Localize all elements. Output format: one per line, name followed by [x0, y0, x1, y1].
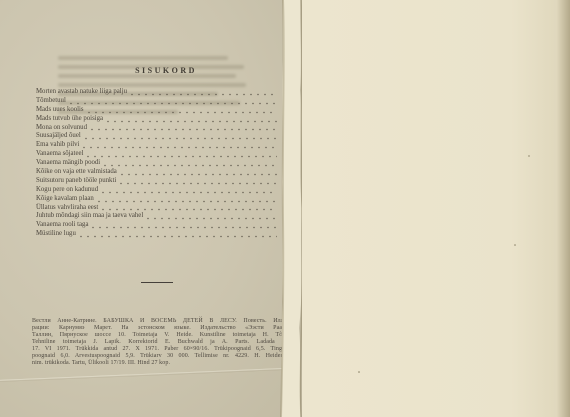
section-divider: [141, 282, 173, 283]
toc-entry: Üllatus vahvliraha eest 77: [36, 204, 296, 213]
toc-entry: Tõmbetuul 10: [36, 97, 296, 106]
toc-entry: Kõige kavalam plaan 72: [36, 195, 296, 204]
ghost-line: [58, 56, 228, 60]
left-book-page: SISUKORD Morten avastab natuke liiga pal…: [0, 0, 298, 417]
toc-entry-title: Mona on solvunud: [36, 124, 87, 131]
toc-entry-title: Mads tutvub ühe poisiga: [36, 115, 103, 122]
dot-leader-icon: [131, 93, 277, 96]
table-of-contents: Morten avastab natuke liiga palju 5 Tõmb…: [36, 88, 296, 239]
colophon-line: 17. VI 1971. Trükkida antud 27. X 1971. …: [32, 346, 296, 353]
toc-entry-title: Kogu pere on kadunud: [36, 186, 98, 193]
dot-leader-icon: [91, 128, 277, 131]
toc-entry-title: Morten avastab natuke liiga palju: [36, 88, 127, 95]
toc-entry: Ema vahib pilvi 35: [36, 141, 296, 150]
toc-entry-title: Vanaema mängib poodi: [36, 159, 100, 166]
dot-leader-icon: [121, 173, 277, 176]
toc-entry-title: Kõike on vaja ette valmistada: [36, 168, 117, 175]
dot-leader-icon: [92, 226, 277, 229]
right-book-page: [302, 0, 570, 417]
toc-entry: Vanaema sõjateel 40: [36, 150, 296, 159]
toc-entry: Vanaema mängib poodi 47: [36, 159, 296, 168]
toc-entry-title: Ema vahib pilvi: [36, 141, 79, 148]
paper-speck: [358, 371, 360, 373]
dot-leader-icon: [147, 217, 277, 220]
paper-speck: [528, 155, 530, 157]
toc-entry-title: Vanaema sõjateel: [36, 150, 83, 157]
toc-entry-title: Mads uues koolis: [36, 106, 84, 113]
toc-entry-title: Tõmbetuul: [36, 97, 66, 104]
toc-entry: Kõike on vaja ette valmistada 54: [36, 168, 296, 177]
toc-entry-title: Kõige kavalam plaan: [36, 195, 94, 202]
toc-entry: Juhtub mõndagi siin maa ja taeva vahel 8…: [36, 212, 296, 221]
toc-entry: Kogu pere on kadunud 67: [36, 186, 296, 195]
dot-leader-icon: [83, 146, 277, 149]
dot-leader-icon: [104, 164, 277, 167]
toc-entry: Müstiline lugu 94: [36, 230, 296, 239]
colophon-line: poognaid 6,0. Arvestuspoognaid 5,9. Trük…: [32, 353, 296, 360]
toc-entry-title: Suusajäljed õuel: [36, 132, 81, 139]
toc-entry: Mads tutvub ühe poisiga 20: [36, 115, 296, 124]
toc-entry: Mads uues koolis 15: [36, 106, 296, 115]
colophon-block: Вестли Анне-Катрине. БАБУШКА И ВОСЕМЬ ДЕ…: [32, 318, 296, 367]
colophon-line: Tehniline toimetaja J. Lapik. Korrektori…: [32, 339, 296, 346]
colophon-line: nim. trükikoda. Tartu, Ülikooli 17/19. I…: [32, 360, 296, 367]
toc-entry: Vanaema rooli taga 87: [36, 221, 296, 230]
dot-leader-icon: [87, 155, 277, 158]
dot-leader-icon: [102, 208, 277, 211]
toc-entry-title: Suitsutoru paneb tööle punkti: [36, 177, 116, 184]
colophon-line: Вестли Анне-Катрине. БАБУШКА И ВОСЕМЬ ДЕ…: [32, 318, 296, 325]
colophon-line: Таллин, Пярнуское шоссе 10. Toimetaja V.…: [32, 332, 296, 339]
toc-entry: Suitsutoru paneb tööle punkti 62: [36, 177, 296, 186]
toc-entry: Suusajäljed õuel 30: [36, 132, 296, 141]
dot-leader-icon: [88, 111, 277, 114]
dot-leader-icon: [85, 137, 277, 140]
dot-leader-icon: [98, 200, 277, 203]
toc-heading: SISUKORD: [36, 66, 296, 75]
toc-entry-title: Üllatus vahvliraha eest: [36, 204, 98, 211]
toc-entry: Mona on solvunud 25: [36, 124, 296, 133]
dot-leader-icon: [80, 235, 277, 238]
dot-leader-icon: [102, 191, 277, 194]
toc-entry-title: Vanaema rooli taga: [36, 221, 88, 228]
colophon-line: рации: Карнумяэ Марет. На эстонском язык…: [32, 325, 296, 332]
paper-speck: [514, 244, 516, 246]
ghost-line: [58, 83, 246, 87]
dot-leader-icon: [107, 120, 277, 123]
page-fold-crease: [0, 368, 293, 383]
toc-entry-title: Müstiline lugu: [36, 230, 76, 237]
toc-entry-title: Juhtub mõndagi siin maa ja taeva vahel: [36, 212, 143, 219]
dot-leader-icon: [120, 182, 277, 185]
dot-leader-icon: [70, 102, 277, 105]
toc-entry: Morten avastab natuke liiga palju 5: [36, 88, 296, 97]
